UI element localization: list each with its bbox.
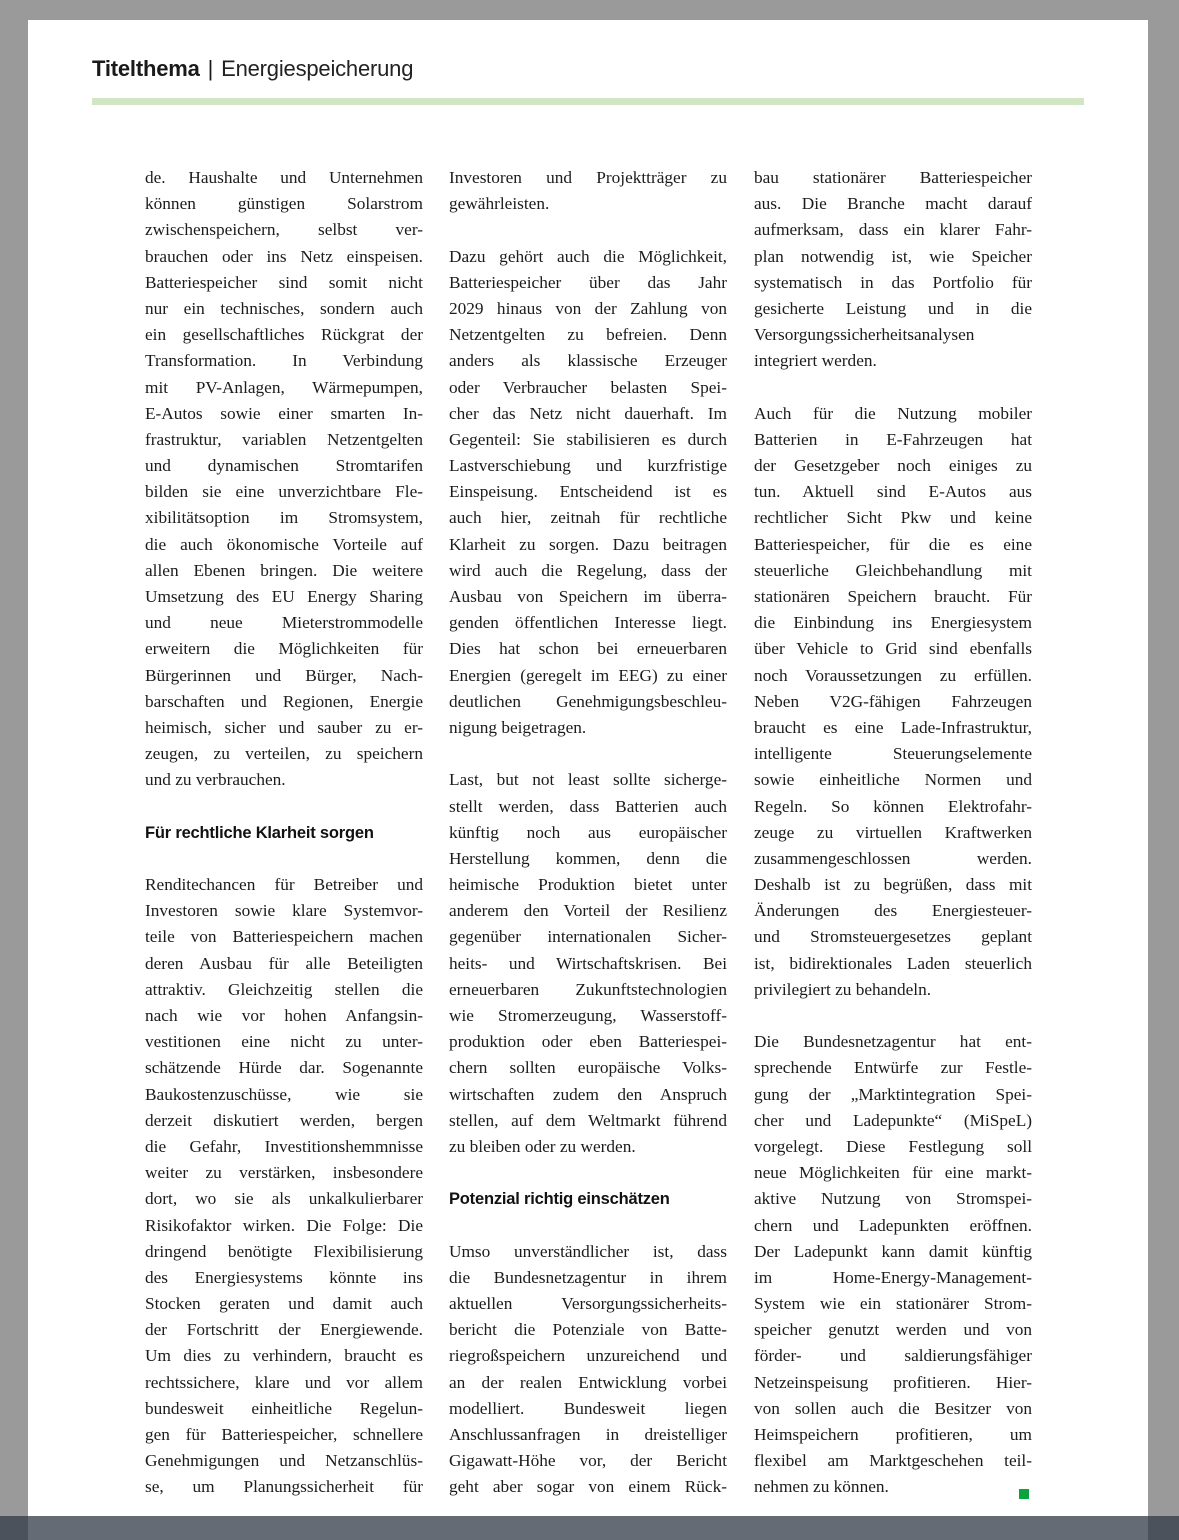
paragraph: Renditechancen für Betreiber undInvestor… <box>145 872 423 1501</box>
text-line: intelligente Steuerungselemente <box>754 741 1032 767</box>
text-line: modelliert. Bundesweit liegen <box>449 1396 727 1422</box>
text-line: Netzeinspeisung profitieren. Hier- <box>754 1370 1032 1396</box>
topic-label: Energiespeicherung <box>221 56 413 81</box>
text-line: künftig noch aus europäischer <box>449 820 727 846</box>
paragraph: de. Haushalte und Unternehmenkönnen güns… <box>145 165 423 794</box>
text-line: Dazu gehört auch die Möglichkeit, <box>449 244 727 270</box>
text-line: Heimspeichern profitieren, um <box>754 1422 1032 1448</box>
text-line: Last, but not least sollte sicherge- <box>449 767 727 793</box>
text-line: systematisch in das Portfolio für <box>754 270 1032 296</box>
text-line: auch hier, zeitnah für rechtliche <box>449 505 727 531</box>
article-column-1: de. Haushalte und Unternehmenkönnen güns… <box>145 165 423 1501</box>
text-line: genden öffentlichen Interesse liegt. <box>449 610 727 636</box>
paragraph-gap <box>145 794 423 820</box>
text-line: Batteriespeicher sind somit nicht <box>145 270 423 296</box>
text-line: oder Verbraucher belasten Spei- <box>449 375 727 401</box>
text-line: Umsetzung des EU Energy Sharing <box>145 584 423 610</box>
text-line: wie Stromerzeugung, Wasserstoff- <box>449 1003 727 1029</box>
article-column-2: Investoren und Projektträger zugewährlei… <box>449 165 727 1501</box>
text-line: heimisch, sicher und sauber zu er- <box>145 715 423 741</box>
header-separator: | <box>208 56 214 81</box>
text-line: die Bundesnetzagentur in ihrem <box>449 1265 727 1291</box>
text-line: nehmen zu können. <box>754 1474 1032 1500</box>
text-line: und neue Mieterstrommodelle <box>145 610 423 636</box>
text-line: die Gefahr, Investitionshemmnisse <box>145 1134 423 1160</box>
paragraph: bau stationärer Batteriespeicheraus. Die… <box>754 165 1032 375</box>
text-line: System wie ein stationärer Strom- <box>754 1291 1032 1317</box>
section-subheading: Potenzial richtig einschätzen <box>449 1186 727 1212</box>
section-subheading: Für rechtliche Klarheit sorgen <box>145 820 423 846</box>
text-line: Neben V2G-fähigen Fahrzeugen <box>754 689 1032 715</box>
text-line: bilden sie eine unverzichtbare Fle- <box>145 479 423 505</box>
paragraph: Investoren und Projektträger zugewährlei… <box>449 165 727 217</box>
text-line: allen Ebenen bringen. Die weitere <box>145 558 423 584</box>
text-line: Transformation. In Verbindung <box>145 348 423 374</box>
text-line: teile von Batteriespeichern machen <box>145 924 423 950</box>
text-line: Investoren und Projektträger zu <box>449 165 727 191</box>
text-line: zu bleiben oder zu werden. <box>449 1134 727 1160</box>
text-line: braucht es eine Lade-Infrastruktur, <box>754 715 1032 741</box>
text-line: riegroßspeichern unzureichend und <box>449 1343 727 1369</box>
text-line: de. Haushalte und Unternehmen <box>145 165 423 191</box>
text-line: tun. Aktuell sind E-Autos aus <box>754 479 1032 505</box>
text-line: steuerliche Gleichbehandlung mit <box>754 558 1032 584</box>
text-line: und Stromsteuergesetzes geplant <box>754 924 1032 950</box>
text-line: erweitern die Möglichkeiten für <box>145 636 423 662</box>
text-line: Batteriespeicher über das Jahr <box>449 270 727 296</box>
text-line: ist, bidirektionales Laden steuerlich <box>754 951 1032 977</box>
text-line: integriert werden. <box>754 348 1032 374</box>
text-line: Ausbau von Speichern im überra- <box>449 584 727 610</box>
text-line: barschaften und Regionen, Energie <box>145 689 423 715</box>
text-line: gewährleisten. <box>449 191 727 217</box>
text-line: Investoren sowie klare Systemvor- <box>145 898 423 924</box>
text-line: zwischenspeichern, selbst ver- <box>145 217 423 243</box>
text-line: der Fortschritt der Energiewende. <box>145 1317 423 1343</box>
text-line: Energien (geregelt im EEG) zu einer <box>449 663 727 689</box>
text-line: attraktiv. Gleichzeitig stellen die <box>145 977 423 1003</box>
text-line: Stocken geraten und damit auch <box>145 1291 423 1317</box>
text-line: Klarheit zu sorgen. Dazu beitragen <box>449 532 727 558</box>
paragraph-gap <box>449 741 727 767</box>
text-line: zusammengeschlossen werden. <box>754 846 1032 872</box>
text-line: Dies hat schon bei erneuerbaren <box>449 636 727 662</box>
text-line: neue Möglichkeiten für eine markt- <box>754 1160 1032 1186</box>
text-line: gung der „Marktintegration Spei- <box>754 1082 1032 1108</box>
viewer-bottom-bar-page-section <box>28 1516 1148 1540</box>
text-line: speicher genutzt werden und von <box>754 1317 1032 1343</box>
text-line: an der realen Entwicklung vorbei <box>449 1370 727 1396</box>
paragraph-gap <box>145 846 423 872</box>
text-line: Die Bundesnetzagentur hat ent- <box>754 1029 1032 1055</box>
text-line: aktuellen Versorgungssicherheits- <box>449 1291 727 1317</box>
text-line: deutlichen Genehmigungsbeschleu- <box>449 689 727 715</box>
text-line: Herstellung kommen, denn die <box>449 846 727 872</box>
text-line: erneuerbaren Zukunftstechnologien <box>449 977 727 1003</box>
text-line: Renditechancen für Betreiber und <box>145 872 423 898</box>
text-line: aufmerksam, dass ein klarer Fahr- <box>754 217 1032 243</box>
paragraph: Last, but not least sollte sicherge-stel… <box>449 767 727 1160</box>
paragraph: Umso unverständlicher ist, dassdie Bunde… <box>449 1239 727 1501</box>
text-line: Batteriespeicher, für die es eine <box>754 532 1032 558</box>
text-line: nur ein technisches, sondern auch <box>145 296 423 322</box>
text-line: sowie einheitliche Normen und <box>754 767 1032 793</box>
paragraph-gap <box>449 1160 727 1186</box>
text-line: frastruktur, variablen Netzentgelten <box>145 427 423 453</box>
text-line: geht aber sogar von einem Rück- <box>449 1474 727 1500</box>
header-rule <box>92 98 1084 105</box>
text-line: anders als klassische Erzeuger <box>449 348 727 374</box>
text-line: vestitionen eine nicht zu unter- <box>145 1029 423 1055</box>
paragraph: Auch für die Nutzung mobilerBatterien in… <box>754 401 1032 1003</box>
text-line: xibilitätsoption im Stromsystem, <box>145 505 423 531</box>
text-line: heimische Produktion bietet unter <box>449 872 727 898</box>
text-line: können günstigen Solarstrom <box>145 191 423 217</box>
text-line: flexibel am Marktgeschehen teil- <box>754 1448 1032 1474</box>
text-line: schätzende Hürde dar. Sogenannte <box>145 1055 423 1081</box>
text-line: rechtlicher Sicht Pkw und keine <box>754 505 1032 531</box>
text-line: Umso unverständlicher ist, dass <box>449 1239 727 1265</box>
text-line: zeuge zu virtuellen Kraftwerken <box>754 820 1032 846</box>
text-line: weiter zu verstärken, insbesondere <box>145 1160 423 1186</box>
text-line: die Einbindung ins Energiesystem <box>754 610 1032 636</box>
text-line: Auch für die Nutzung mobiler <box>754 401 1032 427</box>
paragraph: Dazu gehört auch die Möglichkeit,Batteri… <box>449 244 727 742</box>
text-line: nach wie vor hohen Anfangsin- <box>145 1003 423 1029</box>
text-line: wird auch die Regelung, dass der <box>449 558 727 584</box>
text-line: Versorgungssicherheitsanalysen <box>754 322 1032 348</box>
text-line: stellen, auf dem Weltmarkt führend <box>449 1108 727 1134</box>
text-line: und dynamischen Stromtarifen <box>145 453 423 479</box>
text-line: förder- und saldierungsfähiger <box>754 1343 1032 1369</box>
paragraph-gap <box>449 1213 727 1239</box>
text-line: Einspeisung. Entscheidend ist es <box>449 479 727 505</box>
text-line: gesicherte Leistung und in die <box>754 296 1032 322</box>
text-line: sprechende Entwürfe zur Festle- <box>754 1055 1032 1081</box>
text-line: stationären Speichern braucht. Für <box>754 584 1032 610</box>
text-line: die auch ökonomische Vorteile auf <box>145 532 423 558</box>
text-line: zeugen, zu verteilen, zu speichern <box>145 741 423 767</box>
text-line: aktive Nutzung von Stromspei- <box>754 1186 1032 1212</box>
text-line: se, um Planungssicherheit für <box>145 1474 423 1500</box>
text-line: bau stationärer Batteriespeicher <box>754 165 1032 191</box>
text-line: dort, wo sie als unkalkulierbarer <box>145 1186 423 1212</box>
text-line: von sollen auch die Besitzer von <box>754 1396 1032 1422</box>
text-line: Anschlussanfragen in dreistelliger <box>449 1422 727 1448</box>
end-of-article-icon <box>1019 1489 1029 1499</box>
text-line: deren Ausbau für alle Beteiligten <box>145 951 423 977</box>
text-line: 2029 hinaus von der Zahlung von <box>449 296 727 322</box>
text-line: Baukostenzuschüsse, wie sie <box>145 1082 423 1108</box>
text-line: vorgelegt. Diese Festlegung soll <box>754 1134 1032 1160</box>
text-line: heits- und Wirtschaftskrisen. Bei <box>449 951 727 977</box>
text-line: bundesweit einheitliche Regelun- <box>145 1396 423 1422</box>
text-line: cher und Ladepunkte“ (MiSpeL) <box>754 1108 1032 1134</box>
text-line: nigung beigetragen. <box>449 715 727 741</box>
text-line: dringend benötigte Flexibilisierung <box>145 1239 423 1265</box>
article-column-3: bau stationärer Batteriespeicheraus. Die… <box>754 165 1032 1501</box>
text-line: mit PV-Anlagen, Wärmepumpen, <box>145 375 423 401</box>
viewer-bottom-bar <box>0 1516 1179 1540</box>
text-line: gen für Batteriespeicher, schnellere <box>145 1422 423 1448</box>
paragraph-gap <box>449 217 727 243</box>
text-line: ein gesellschaftliches Rückgrat der <box>145 322 423 348</box>
running-header: Titelthema|Energiespeicherung <box>92 56 413 86</box>
text-line: der Gesetzgeber noch einiges zu <box>754 453 1032 479</box>
text-line: anderem den Vorteil der Resilienz <box>449 898 727 924</box>
text-line: brauchen oder ins Netz einspeisen. <box>145 244 423 270</box>
text-line: Batterien in E-Fahrzeugen hat <box>754 427 1032 453</box>
text-line: privilegiert zu behandeln. <box>754 977 1032 1003</box>
text-line: Regeln. So können Elektrofahr- <box>754 794 1032 820</box>
text-line: plan notwendig ist, wie Speicher <box>754 244 1032 270</box>
magazine-page: Titelthema|Energiespeicherung de. Hausha… <box>28 20 1148 1516</box>
text-line: produktion oder eben Batteriespei- <box>449 1029 727 1055</box>
text-line: bericht die Potenziale von Batte- <box>449 1317 727 1343</box>
text-line: Bürgerinnen und Bürger, Nach- <box>145 663 423 689</box>
text-line: im Home-Energy-Management- <box>754 1265 1032 1291</box>
text-line: wirtschaften zudem den Anspruch <box>449 1082 727 1108</box>
text-line: des Energiesystems könnte ins <box>145 1265 423 1291</box>
text-line: Änderungen des Energiesteuer- <box>754 898 1032 924</box>
text-line: Genehmigungen und Netzanschlüs- <box>145 1448 423 1474</box>
paragraph-gap <box>754 375 1032 401</box>
paragraph-gap <box>754 1003 1032 1029</box>
text-line: Der Ladepunkt kann damit künftig <box>754 1239 1032 1265</box>
text-line: aus. Die Branche macht darauf <box>754 191 1032 217</box>
text-line: Gegenteil: Sie stabilisieren es durch <box>449 427 727 453</box>
text-line: cher das Netz nicht dauerhaft. Im <box>449 401 727 427</box>
text-line: Um dies zu verhindern, braucht es <box>145 1343 423 1369</box>
text-line: Netzentgelten zu befreien. Denn <box>449 322 727 348</box>
text-line: derzeit diskutiert werden, bergen <box>145 1108 423 1134</box>
text-line: rechtssichere, klare und vor allem <box>145 1370 423 1396</box>
text-line: über Vehicle to Grid sind ebenfalls <box>754 636 1032 662</box>
text-line: gegenüber internationalen Sicher- <box>449 924 727 950</box>
text-line: E-Autos sowie einer smarten In- <box>145 401 423 427</box>
text-line: Deshalb ist zu begrüßen, dass mit <box>754 872 1032 898</box>
text-line: stellt werden, dass Batterien auch <box>449 794 727 820</box>
text-line: chern sollten europäische Volks- <box>449 1055 727 1081</box>
section-label: Titelthema <box>92 56 200 81</box>
paragraph: Die Bundesnetzagentur hat ent-sprechende… <box>754 1029 1032 1500</box>
text-line: Risikofaktor wirken. Die Folge: Die <box>145 1213 423 1239</box>
text-line: noch Voraussetzungen zu erfüllen. <box>754 663 1032 689</box>
text-line: Gigawatt-Höhe vor, der Bericht <box>449 1448 727 1474</box>
text-line: Lastverschiebung und kurzfristige <box>449 453 727 479</box>
text-line: chern und Ladepunkten eröffnen. <box>754 1213 1032 1239</box>
text-line: und zu verbrauchen. <box>145 767 423 793</box>
